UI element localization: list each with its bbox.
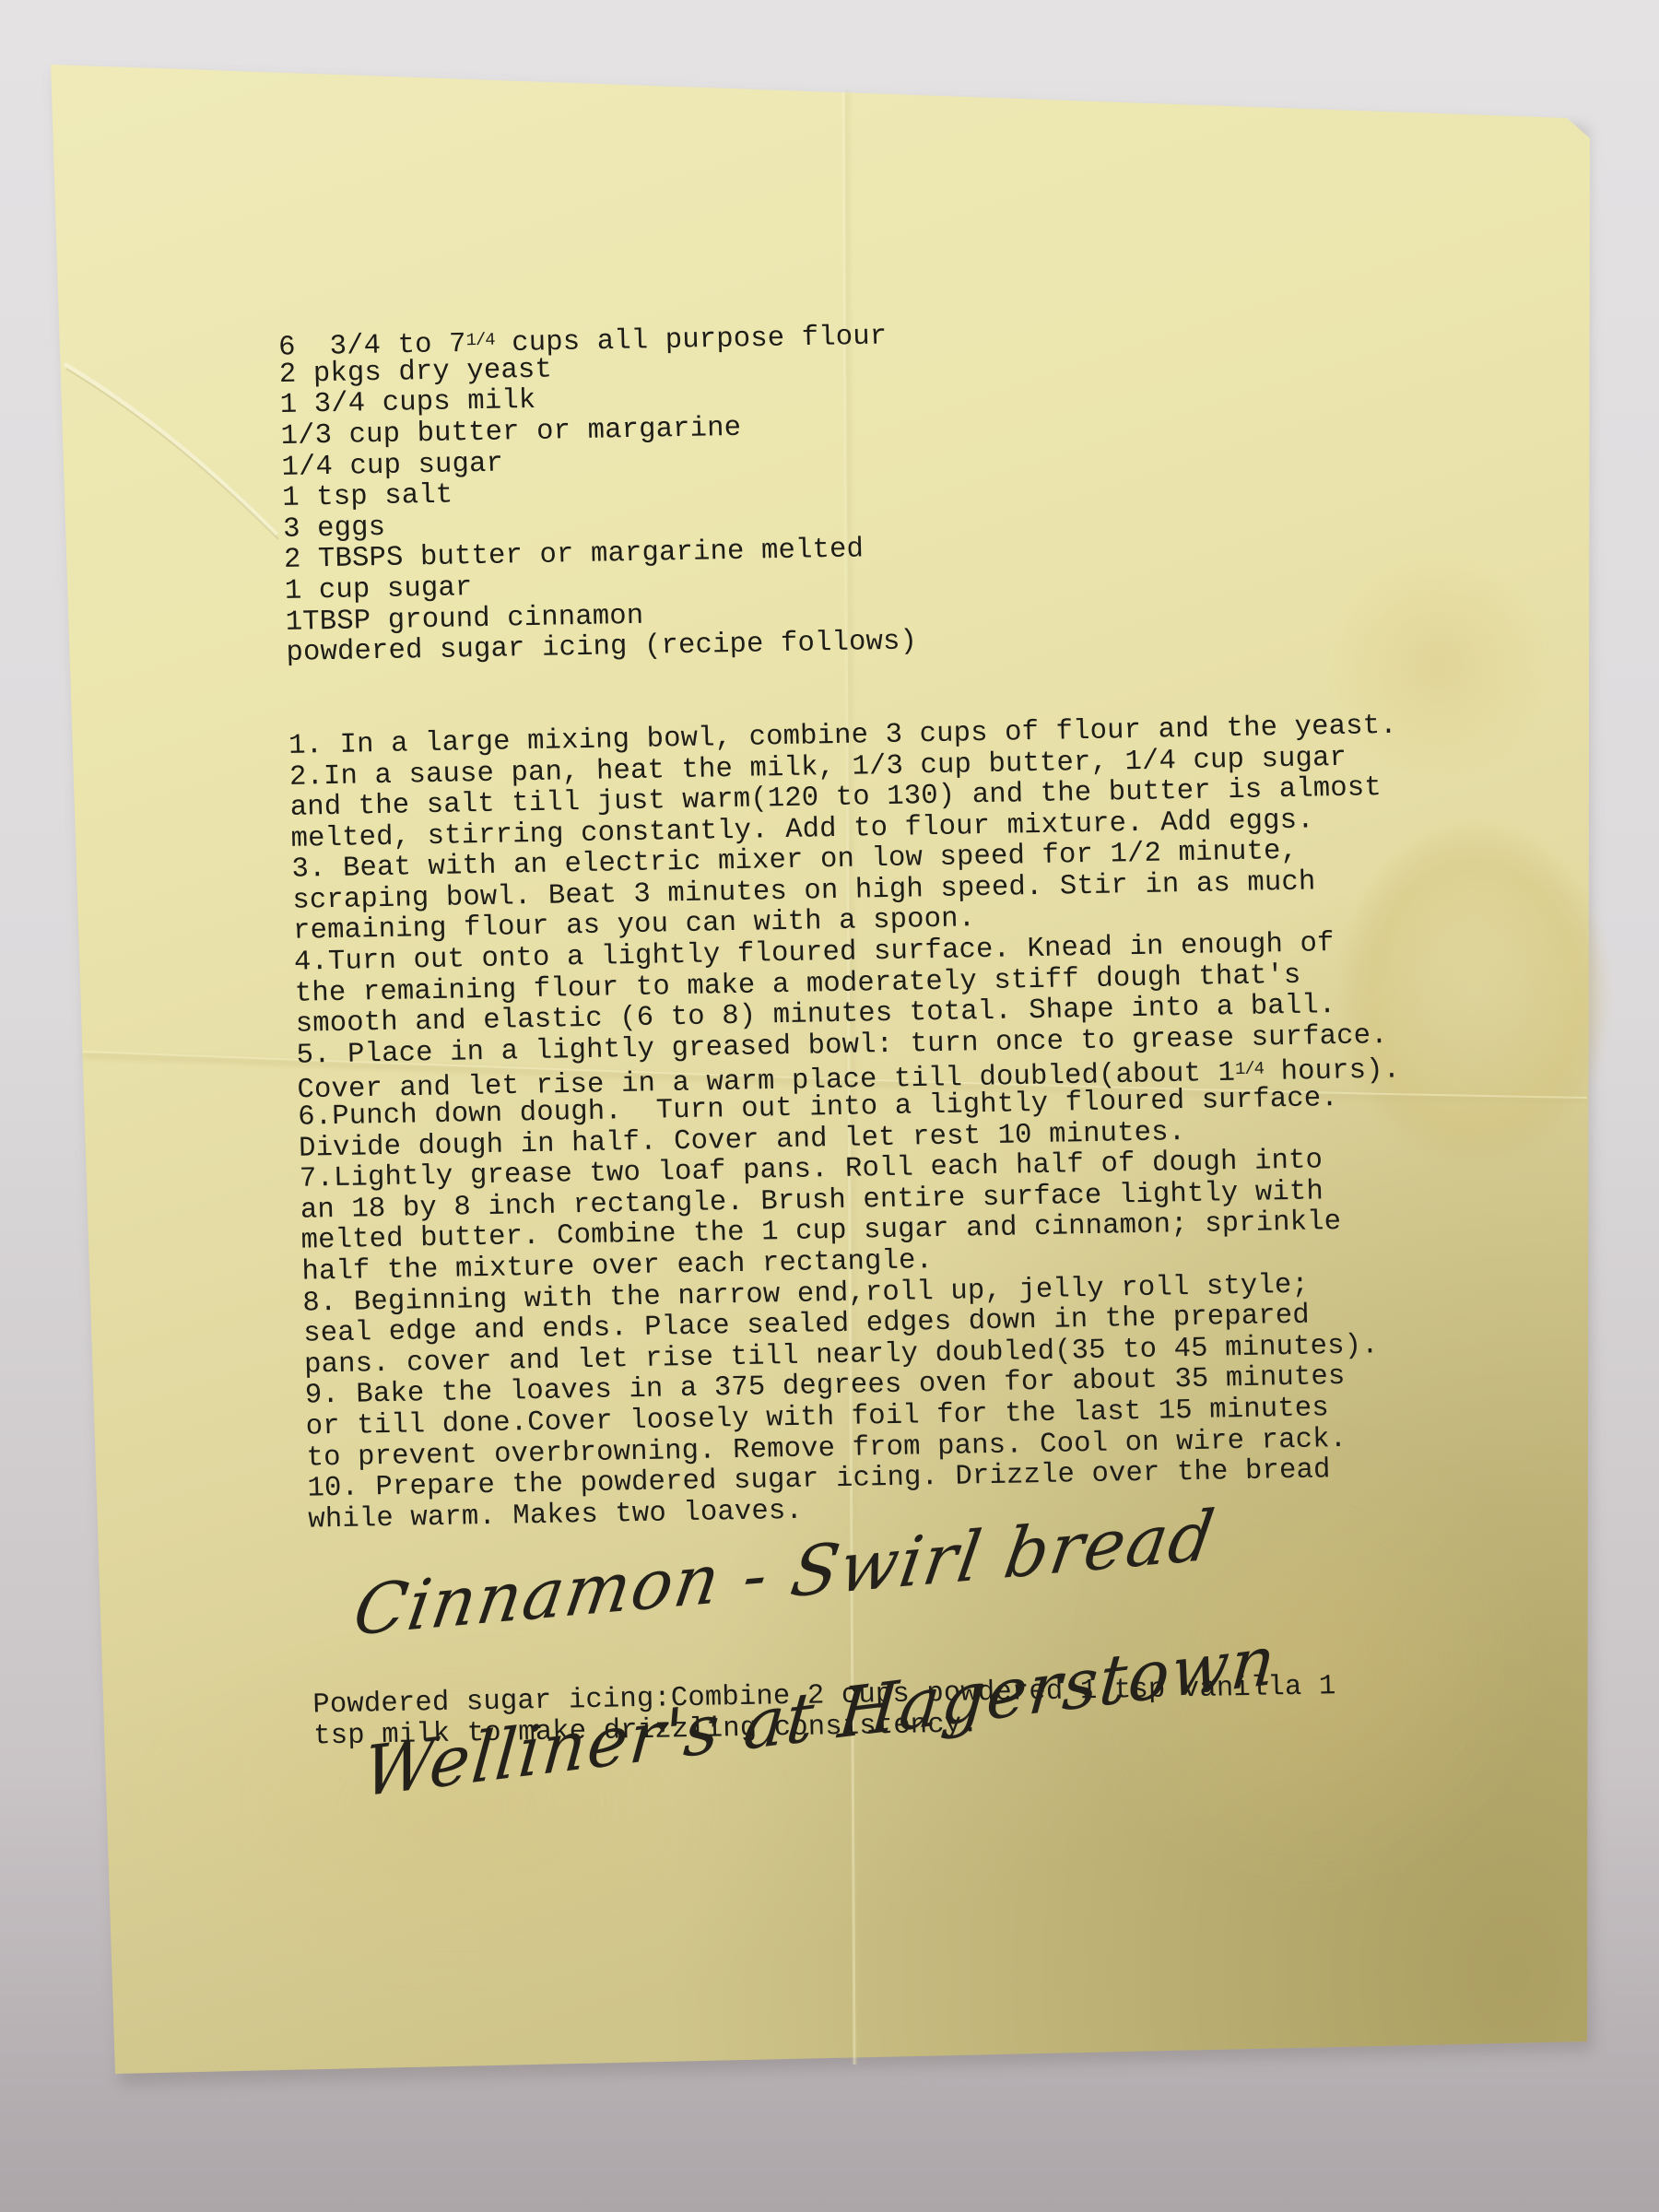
fraction: 1/4	[465, 330, 495, 351]
directions-list: 1. In a large mixing bowl, combine 3 cup…	[288, 710, 1525, 1536]
recipe-paper: 6 3/4 to 71/4 cups all purpose flour2 pk…	[0, 0, 1659, 2212]
line-text: 1/4 cup sugar	[281, 448, 503, 483]
line-text: 1 tsp salt	[282, 480, 453, 514]
ingredients-list: 6 3/4 to 71/4 cups all purpose flour2 pk…	[278, 307, 1503, 670]
fraction: 1/4	[1235, 1059, 1265, 1080]
line-text: 3 eggs	[283, 512, 386, 546]
line-text: 1 3/4 cups milk	[279, 385, 535, 421]
line-text: 1 cup sugar	[284, 572, 472, 607]
